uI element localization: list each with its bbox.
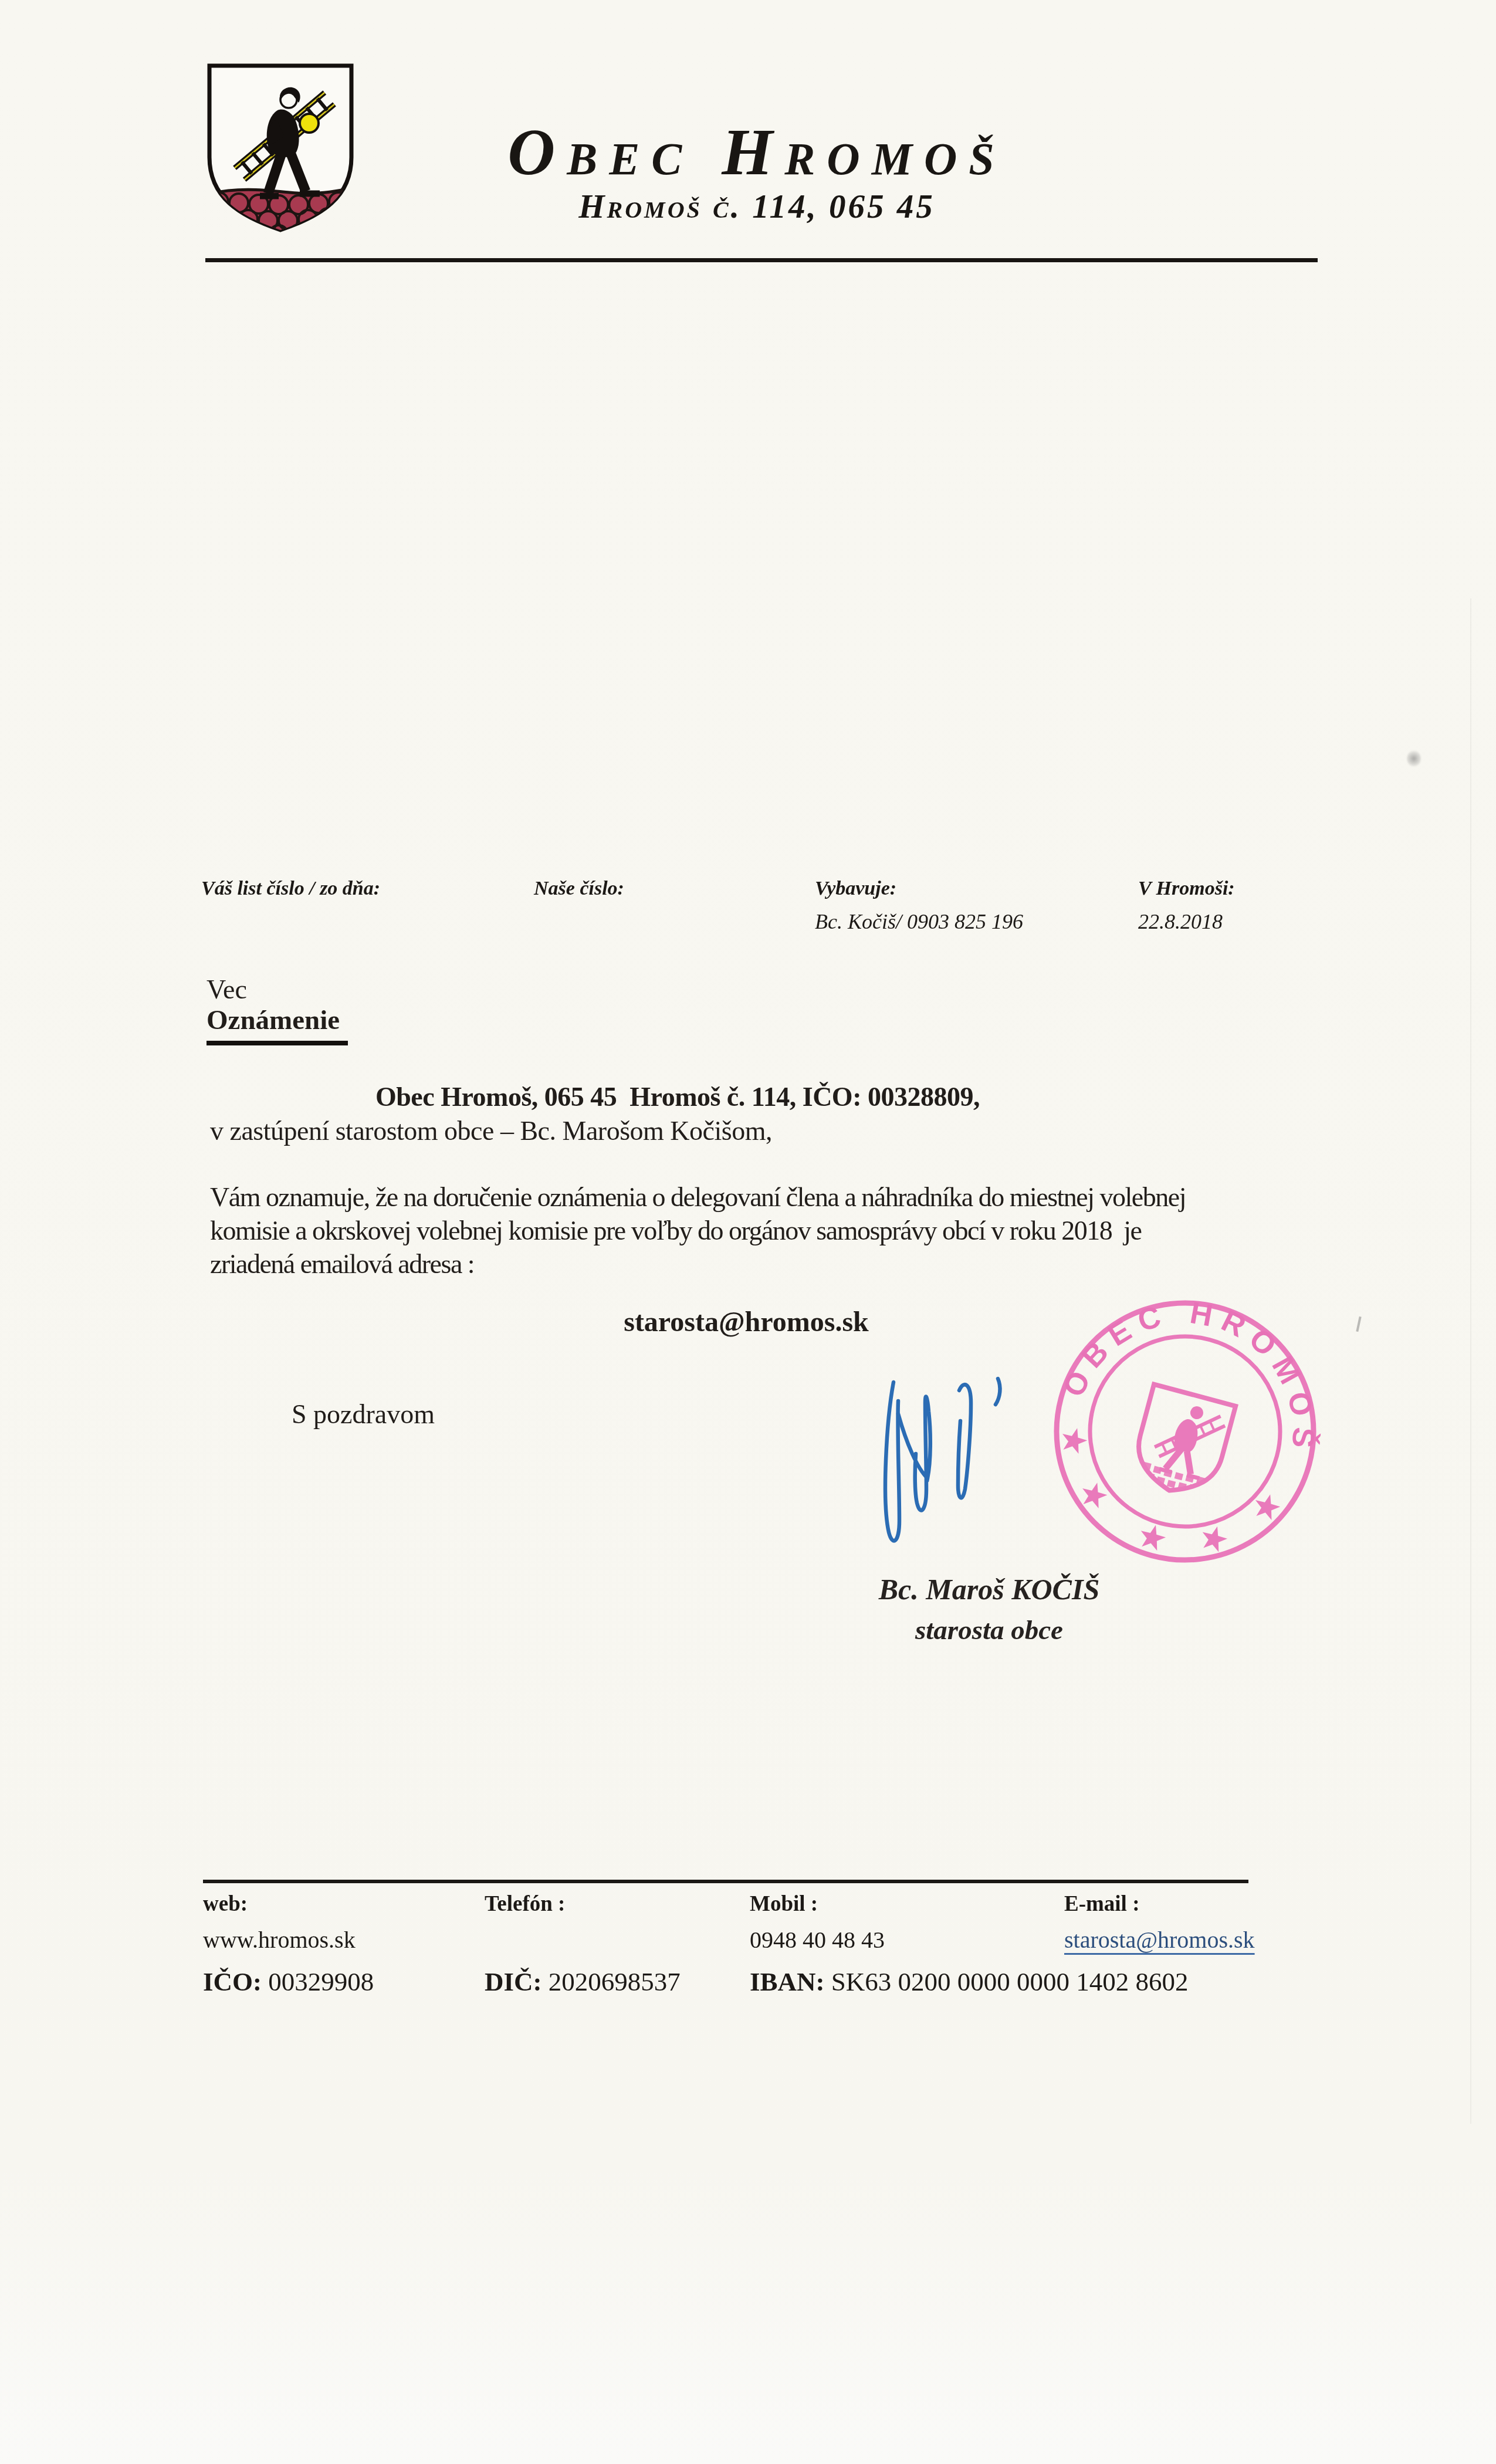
dic-value: 2020698537 bbox=[542, 1967, 681, 1996]
sender-representation-line: v zastúpení starostom obce – Bc. Marošom… bbox=[210, 1115, 772, 1146]
ico-value: 00329908 bbox=[262, 1967, 374, 1996]
header-divider bbox=[205, 258, 1318, 262]
stamp-graphic: OBEC HROMOŠ bbox=[1021, 1265, 1352, 1591]
reference-handled-by: Vybavuje: Bc. Kočiš/ 0903 825 196 bbox=[815, 878, 1023, 934]
reference-our-number: Naše číslo: bbox=[534, 878, 624, 900]
ico-label: IČO: bbox=[203, 1967, 262, 1996]
mobile-label: Mobil : bbox=[750, 1891, 885, 1917]
footer-phone-column: Telefón : bbox=[485, 1891, 565, 1926]
scanner-streak-artifact bbox=[1470, 598, 1471, 2124]
handled-by-value: Bc. Kočiš/ 0903 825 196 bbox=[815, 909, 1023, 934]
footer-mobile-column: Mobil : 0948 40 48 43 bbox=[750, 1891, 885, 1954]
scan-smudge-artifact bbox=[1407, 750, 1421, 767]
org-address-subtitle: Hromoš č. 114, 065 45 bbox=[0, 188, 1496, 226]
sender-identification-line: Obec Hromoš, 065 45 Hromoš č. 114, IČO: … bbox=[375, 1081, 980, 1112]
subject-label: Vec bbox=[207, 974, 247, 1005]
announced-email-address: starosta@hromos.sk bbox=[570, 1306, 922, 1338]
footer-dic: DIČ: 2020698537 bbox=[485, 1967, 681, 1997]
signer-block: Bc. Maroš KOČIŠ starosta obce bbox=[813, 1572, 1165, 1646]
your-ref-label: Váš list číslo / zo dňa: bbox=[201, 878, 380, 900]
body-paragraph-line: Vám oznamuje, že na doručenie oznámenia … bbox=[210, 1180, 1186, 1214]
footer-ico: IČO: 00329908 bbox=[203, 1967, 374, 1997]
org-name-title: Obec Hromoš bbox=[0, 115, 1496, 191]
stamp-figure bbox=[1139, 1397, 1228, 1497]
body-paragraph: Vám oznamuje, že na doručenie oznámenia … bbox=[210, 1180, 1186, 1281]
footer-divider bbox=[203, 1880, 1248, 1883]
our-ref-label: Naše číslo: bbox=[534, 878, 624, 900]
scan-dash-artifact bbox=[1356, 1316, 1361, 1332]
footer-web-column: web: www.hromos.sk bbox=[203, 1891, 356, 1954]
handled-by-label: Vybavuje: bbox=[815, 878, 1023, 900]
reference-your-number: Váš list číslo / zo dňa: bbox=[201, 878, 380, 900]
phone-label: Telefón : bbox=[485, 1891, 565, 1917]
email-label: E-mail : bbox=[1064, 1891, 1255, 1917]
signer-name: Bc. Maroš KOČIŠ bbox=[813, 1572, 1165, 1606]
scanned-letter-page: Obec Hromoš Hromoš č. 114, 065 45 Váš li… bbox=[0, 0, 1496, 2464]
closing-salutation: S pozdravom bbox=[292, 1399, 435, 1430]
handwritten-signature bbox=[876, 1367, 1028, 1563]
footer-iban: IBAN: SK63 0200 0000 0000 1402 8602 bbox=[750, 1967, 1189, 1997]
footer-email-link[interactable]: starosta@hromos.sk bbox=[1064, 1926, 1255, 1954]
place-date-label: V Hromoši: bbox=[1138, 878, 1235, 900]
reference-place-date: V Hromoši: 22.8.2018 bbox=[1138, 878, 1235, 934]
iban-label: IBAN: bbox=[750, 1967, 825, 1996]
body-paragraph-line: zriadená emailová adresa : bbox=[210, 1247, 1186, 1281]
subject-title: Oznámenie bbox=[207, 1004, 348, 1045]
body-paragraph-line: komisie a okrskovej volebnej komisie pre… bbox=[210, 1214, 1186, 1247]
dic-label: DIČ: bbox=[485, 1967, 542, 1996]
official-round-stamp: OBEC HROMOŠ bbox=[1018, 1265, 1352, 1598]
web-label: web: bbox=[203, 1891, 356, 1917]
footer-email-column: E-mail : starosta@hromos.sk bbox=[1064, 1891, 1255, 1954]
mobile-value: 0948 40 48 43 bbox=[750, 1926, 885, 1954]
iban-value: SK63 0200 0000 0000 1402 8602 bbox=[825, 1967, 1189, 1996]
place-date-value: 22.8.2018 bbox=[1138, 909, 1235, 934]
signer-role: starosta obce bbox=[813, 1615, 1165, 1646]
web-value: www.hromos.sk bbox=[203, 1926, 356, 1954]
